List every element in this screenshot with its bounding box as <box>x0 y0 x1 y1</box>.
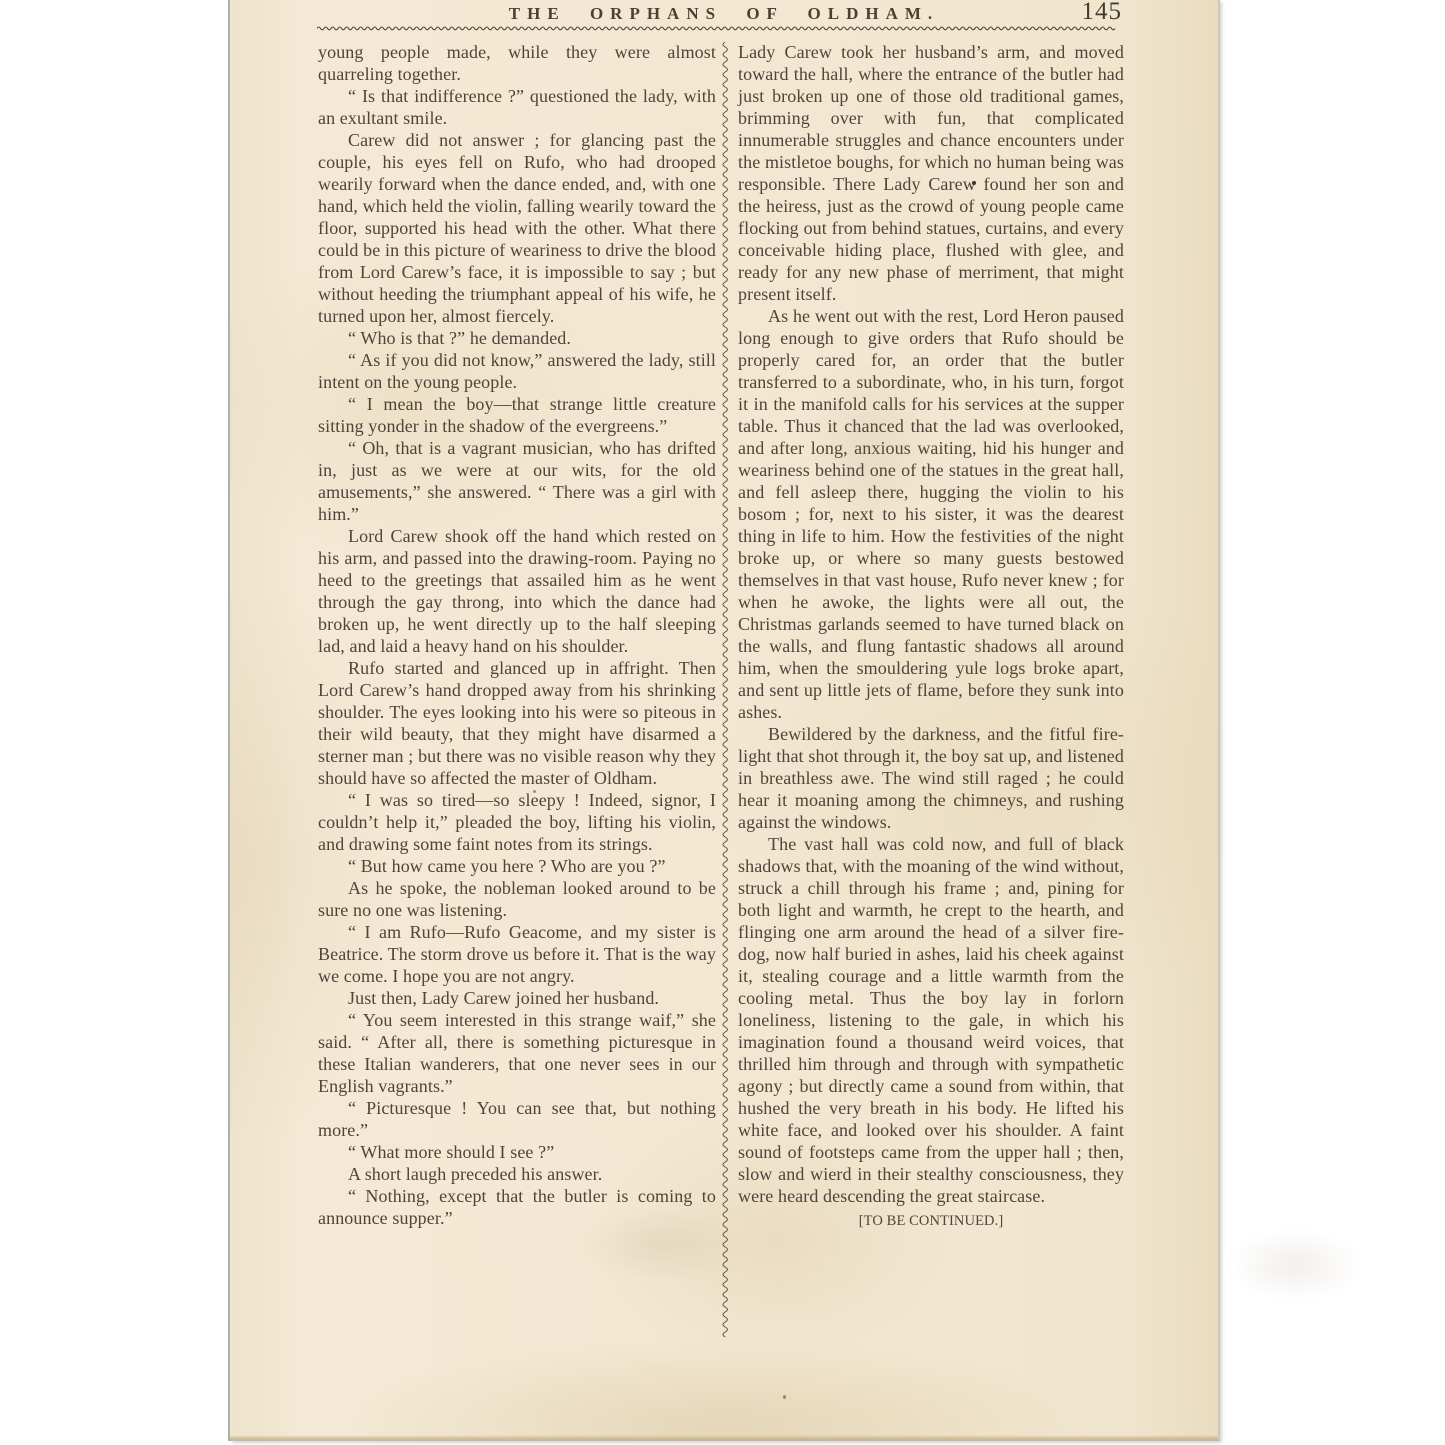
left-column: young people made, while they were almos… <box>318 41 716 1232</box>
paragraph: “ Is that indifference ?” questioned the… <box>318 85 716 129</box>
paragraph: As he went out with the rest, Lord Heron… <box>738 305 1124 723</box>
page-header-title: THE ORPHANS OF OLDHAM. <box>230 4 1218 24</box>
ink-speck <box>783 1395 786 1399</box>
paragraph: “ Who is that ?” he demanded. <box>318 327 716 349</box>
to-be-continued-notice: [TO BE CONTINUED.] <box>738 1210 1124 1232</box>
paragraph: “ Oh, that is a vagrant musician, who ha… <box>318 437 716 525</box>
paragraph: “ Nothing, except that the butler is com… <box>318 1185 716 1229</box>
paragraph: Lord Carew shook off the hand which rest… <box>318 525 716 657</box>
paragraph: Rufo started and glanced up in affright.… <box>318 657 716 789</box>
paragraph: Bewildered by the darkness, and the fitf… <box>738 723 1124 833</box>
paragraph: “ I am Rufo—Rufo Geacome, and my sister … <box>318 921 716 987</box>
ink-speck <box>533 790 536 793</box>
paragraph: “ I was so tired—so sleepy ! Indeed, sig… <box>318 789 716 855</box>
column-gap <box>716 41 738 1232</box>
paragraph: A short laugh preceded his answer. <box>318 1163 716 1185</box>
show-through-smudge <box>1210 1220 1380 1310</box>
paragraph: Lady Carew took her husband’s arm, and m… <box>738 41 1124 305</box>
paragraph: “ But how came you here ? Who are you ?” <box>318 855 716 877</box>
scanned-book-page: { "header": { "title": "THE ORPHANS OF O… <box>0 0 1445 1445</box>
text-columns: young people made, while they were almos… <box>318 41 1124 1232</box>
paragraph: Carew did not answer ; for glancing past… <box>318 129 716 327</box>
paragraph: As he spoke, the nobleman looked around … <box>318 877 716 921</box>
paragraph: “ What more should I see ?” <box>318 1141 716 1163</box>
ink-speck <box>972 181 976 185</box>
wavy-rule-divider <box>317 26 1117 32</box>
page-number: 145 <box>1082 0 1123 26</box>
paragraph: “ You seem interested in this strange wa… <box>318 1009 716 1097</box>
book-page: THE ORPHANS OF OLDHAM. 145 young people … <box>228 0 1218 1441</box>
paragraph: “ As if you did not know,” answered the … <box>318 349 716 393</box>
paragraph: “ I mean the boy—that strange little cre… <box>318 393 716 437</box>
paragraph: “ Picturesque ! You can see that, but no… <box>318 1097 716 1141</box>
paragraph: The vast hall was cold now, and full of … <box>738 833 1124 1207</box>
right-column: Lady Carew took her husband’s arm, and m… <box>738 41 1124 1232</box>
paragraph: Just then, Lady Carew joined her husband… <box>318 987 716 1009</box>
paragraph: young people made, while they were almos… <box>318 41 716 85</box>
